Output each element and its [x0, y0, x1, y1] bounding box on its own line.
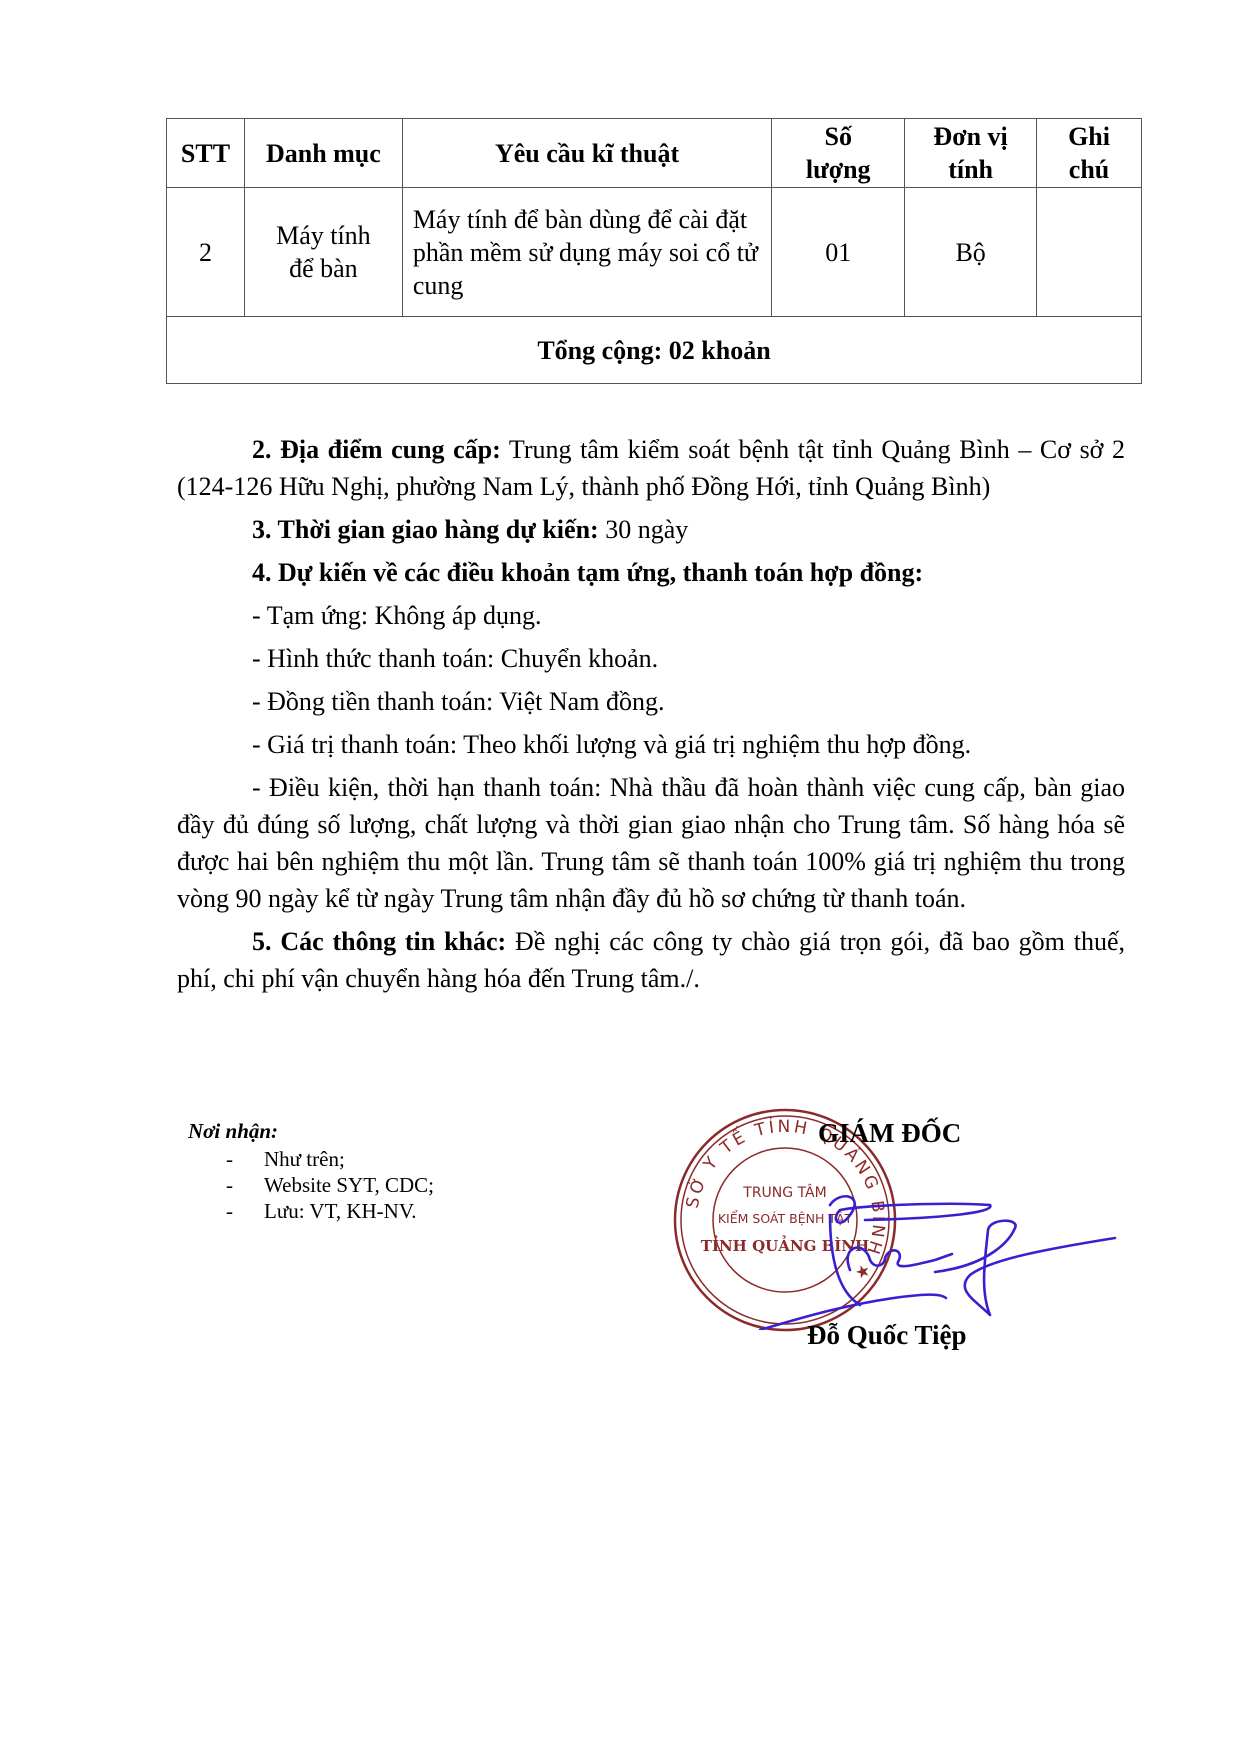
- header-note-line2: chú: [1069, 155, 1109, 184]
- document-page: STT Danh mục Yêu cầu kĩ thuật Số lượng Đ…: [0, 0, 1241, 1755]
- dash-bullet-icon: -: [226, 1146, 233, 1172]
- list-item: -Website SYT, CDC;: [188, 1172, 434, 1198]
- section-delivery-label: 3. Thời gian giao hàng dự kiến:: [252, 515, 599, 544]
- recipient-label: Lưu: VT, KH-NV.: [264, 1199, 417, 1223]
- cell-category: Máy tính để bàn: [244, 188, 402, 317]
- section-other: 5. Các thông tin khác: Đề nghị các công …: [177, 923, 1125, 997]
- section-payment-label: 4. Dự kiến về các điều khoản tạm ứng, th…: [252, 558, 923, 587]
- recipient-label: Như trên;: [264, 1147, 345, 1171]
- recipients-list: -Như trên; -Website SYT, CDC; -Lưu: VT, …: [188, 1146, 434, 1224]
- payment-item: - Hình thức thanh toán: Chuyển khoản.: [177, 640, 1125, 677]
- table-total-row: Tổng cộng: 02 khoản: [167, 317, 1142, 384]
- header-unit-line1: Đơn vị: [933, 122, 1007, 151]
- cell-category-line1: Máy tính: [276, 221, 371, 250]
- dash-bullet-icon: -: [226, 1198, 233, 1224]
- section-other-label: 5. Các thông tin khác:: [252, 927, 506, 956]
- handwritten-signature-icon: [690, 1150, 1130, 1330]
- table-row: 2 Máy tính để bàn Máy tính để bàn dùng đ…: [167, 188, 1142, 317]
- section-location: 2. Địa điểm cung cấp: Trung tâm kiểm soá…: [177, 431, 1125, 505]
- cell-requirements: Máy tính để bàn dùng để cài đặt phần mềm…: [402, 188, 771, 317]
- payment-item: - Điều kiện, thời hạn thanh toán: Nhà th…: [177, 769, 1125, 917]
- header-unit: Đơn vị tính: [905, 119, 1037, 188]
- total-label: Tổng cộng: 02 khoản: [167, 317, 1142, 384]
- recipient-label: Website SYT, CDC;: [264, 1173, 434, 1197]
- payment-item: - Tạm ứng: Không áp dụng.: [177, 597, 1125, 634]
- payment-item: - Đồng tiền thanh toán: Việt Nam đồng.: [177, 683, 1125, 720]
- header-quantity-line1: Số: [824, 122, 851, 151]
- section-location-label: 2. Địa điểm cung cấp:: [252, 435, 501, 464]
- header-note: Ghi chú: [1037, 119, 1142, 188]
- signatory-title: GIÁM ĐỐC: [818, 1118, 961, 1149]
- recipients-block: Nơi nhận: -Như trên; -Website SYT, CDC; …: [188, 1118, 434, 1224]
- cell-note: [1037, 188, 1142, 317]
- header-note-line1: Ghi: [1068, 122, 1110, 151]
- cell-quantity: 01: [772, 188, 905, 317]
- dash-bullet-icon: -: [226, 1172, 233, 1198]
- header-quantity: Số lượng: [772, 119, 905, 188]
- cell-stt: 2: [167, 188, 245, 317]
- list-item: -Như trên;: [188, 1146, 434, 1172]
- header-category: Danh mục: [244, 119, 402, 188]
- document-body: 2. Địa điểm cung cấp: Trung tâm kiểm soá…: [177, 431, 1125, 1003]
- header-stt: STT: [167, 119, 245, 188]
- recipients-title: Nơi nhận:: [188, 1118, 434, 1144]
- header-quantity-line2: lượng: [806, 155, 871, 184]
- header-requirements: Yêu cầu kĩ thuật: [402, 119, 771, 188]
- header-unit-line2: tính: [948, 155, 993, 184]
- equipment-table: STT Danh mục Yêu cầu kĩ thuật Số lượng Đ…: [166, 118, 1142, 384]
- payment-item: - Giá trị thanh toán: Theo khối lượng và…: [177, 726, 1125, 763]
- section-delivery-text: 30 ngày: [599, 515, 689, 544]
- section-payment-heading: 4. Dự kiến về các điều khoản tạm ứng, th…: [177, 554, 1125, 591]
- table-header-row: STT Danh mục Yêu cầu kĩ thuật Số lượng Đ…: [167, 119, 1142, 188]
- signatory-name: Đỗ Quốc Tiệp: [807, 1320, 967, 1351]
- list-item: -Lưu: VT, KH-NV.: [188, 1198, 434, 1224]
- section-delivery: 3. Thời gian giao hàng dự kiến: 30 ngày: [177, 511, 1125, 548]
- cell-category-line2: để bàn: [289, 254, 358, 283]
- cell-unit: Bộ: [905, 188, 1037, 317]
